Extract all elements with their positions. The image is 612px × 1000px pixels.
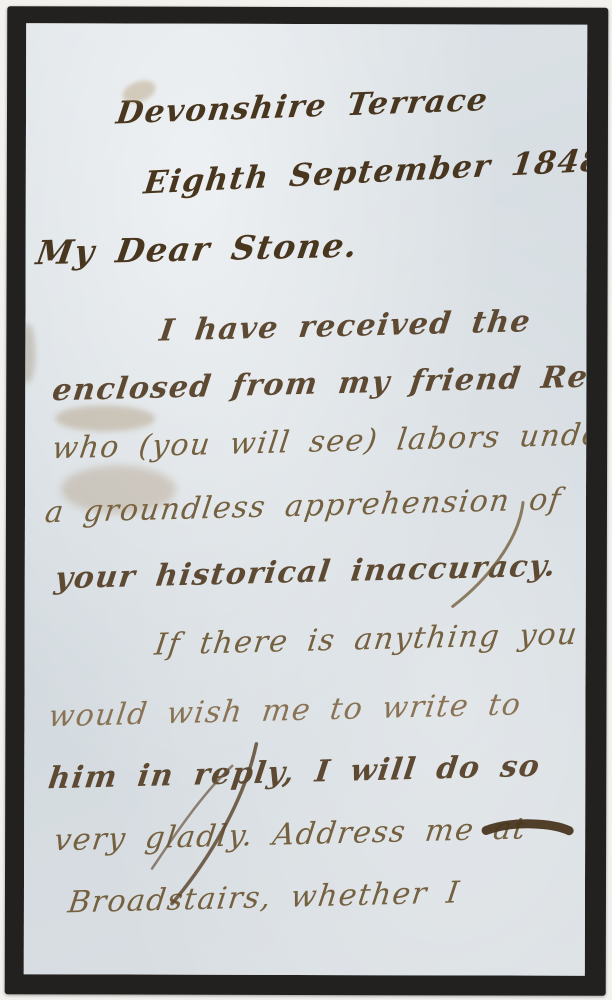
black-mat-border: Devonshire Terrace Eighth September 1848… bbox=[5, 6, 609, 996]
body-line: enclosed from my friend Regnier bbox=[50, 357, 587, 408]
body-line: would wish me to write to bbox=[46, 687, 523, 734]
body-line: Broadstairs, whether I bbox=[66, 875, 462, 920]
salutation-line: My Dear Stone. bbox=[34, 226, 361, 273]
body-line: him in reply, I will do so bbox=[46, 749, 543, 797]
address-line: Devonshire Terrace bbox=[114, 82, 491, 132]
body-line: I have received the bbox=[157, 304, 533, 349]
paper-stain bbox=[24, 323, 36, 383]
letter-scan: Devonshire Terrace Eighth September 1848… bbox=[0, 0, 612, 1000]
body-line: a groundless apprehension of bbox=[43, 482, 564, 530]
body-line: If there is anything you bbox=[153, 617, 581, 663]
letter-page: Devonshire Terrace Eighth September 1848… bbox=[24, 23, 587, 975]
paper-stain bbox=[55, 405, 155, 431]
date-line: Eighth September 1848. bbox=[142, 142, 587, 202]
body-line: very gladly. Address me at bbox=[52, 811, 529, 858]
body-line: who (you will see) labors under bbox=[50, 417, 587, 466]
body-line: your historical inaccuracy. bbox=[53, 549, 559, 597]
